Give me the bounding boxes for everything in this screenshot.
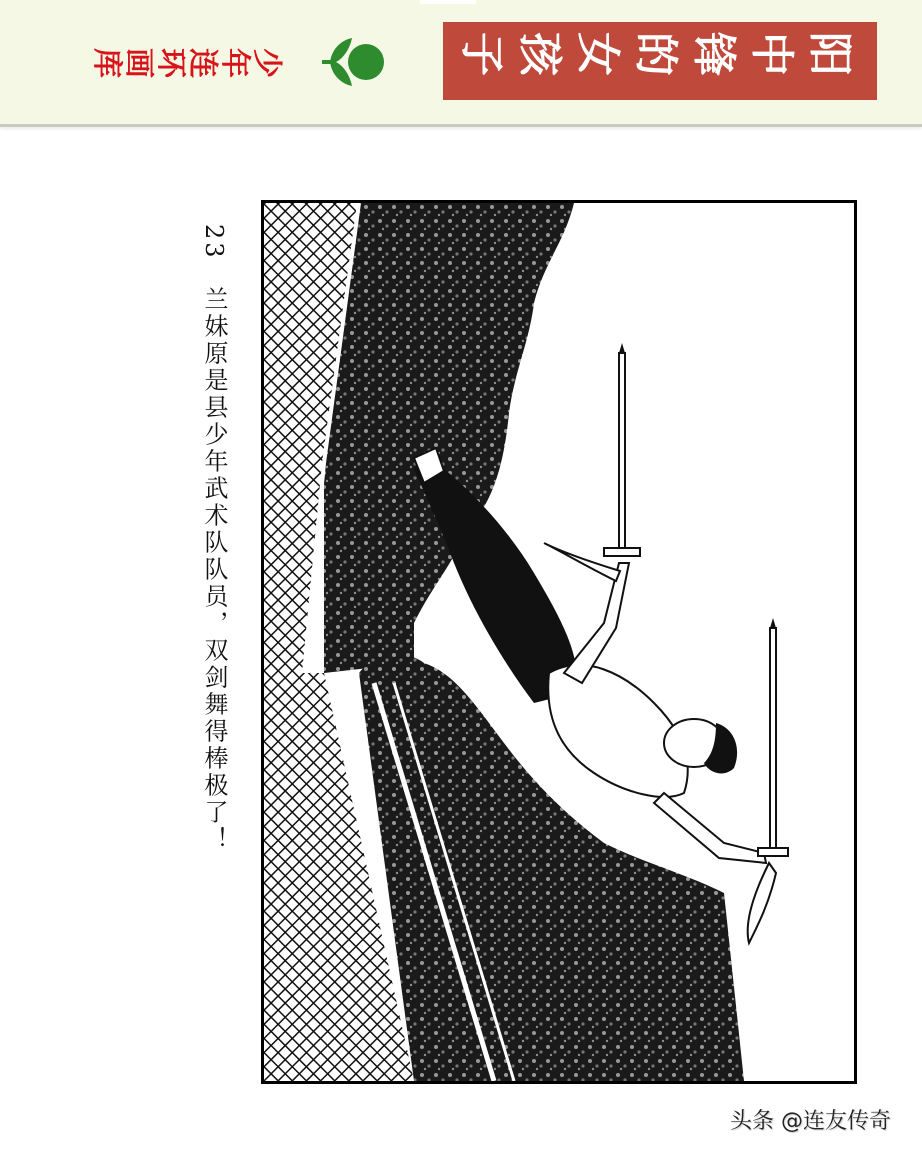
title-glyph: 锋	[686, 32, 750, 90]
panel-caption: 23兰妹原是县少年武术队队员，双剑舞得棒极了！	[192, 224, 232, 884]
title-glyph: 阳	[802, 32, 866, 90]
green-leaf-fruit-logo-icon	[322, 34, 390, 90]
title-glyph: 女	[570, 32, 634, 90]
header-banner: 少年连环画库 阳中锋的女孩子	[0, 0, 922, 127]
caption-text: 兰妹原是县少年武术队队员，双剑舞得棒极了！	[200, 287, 228, 854]
illustration-art	[264, 203, 854, 1081]
title-glyph: 子	[454, 32, 518, 90]
title-glyph: 的	[628, 32, 692, 90]
watermark: 头条 @连友传奇	[730, 1104, 910, 1138]
title-glyph: 孩	[512, 32, 576, 90]
title-glyph: 中	[744, 32, 808, 90]
series-name: 少年连环画库	[95, 44, 285, 84]
comic-panel-illustration	[261, 200, 857, 1084]
top-tab	[420, 0, 476, 4]
book-title: 阳中锋的女孩子	[443, 22, 877, 100]
book-title-banner: 阳中锋的女孩子	[443, 22, 877, 100]
panel-number: 23	[200, 224, 228, 261]
title-glyph: 库	[88, 48, 132, 80]
